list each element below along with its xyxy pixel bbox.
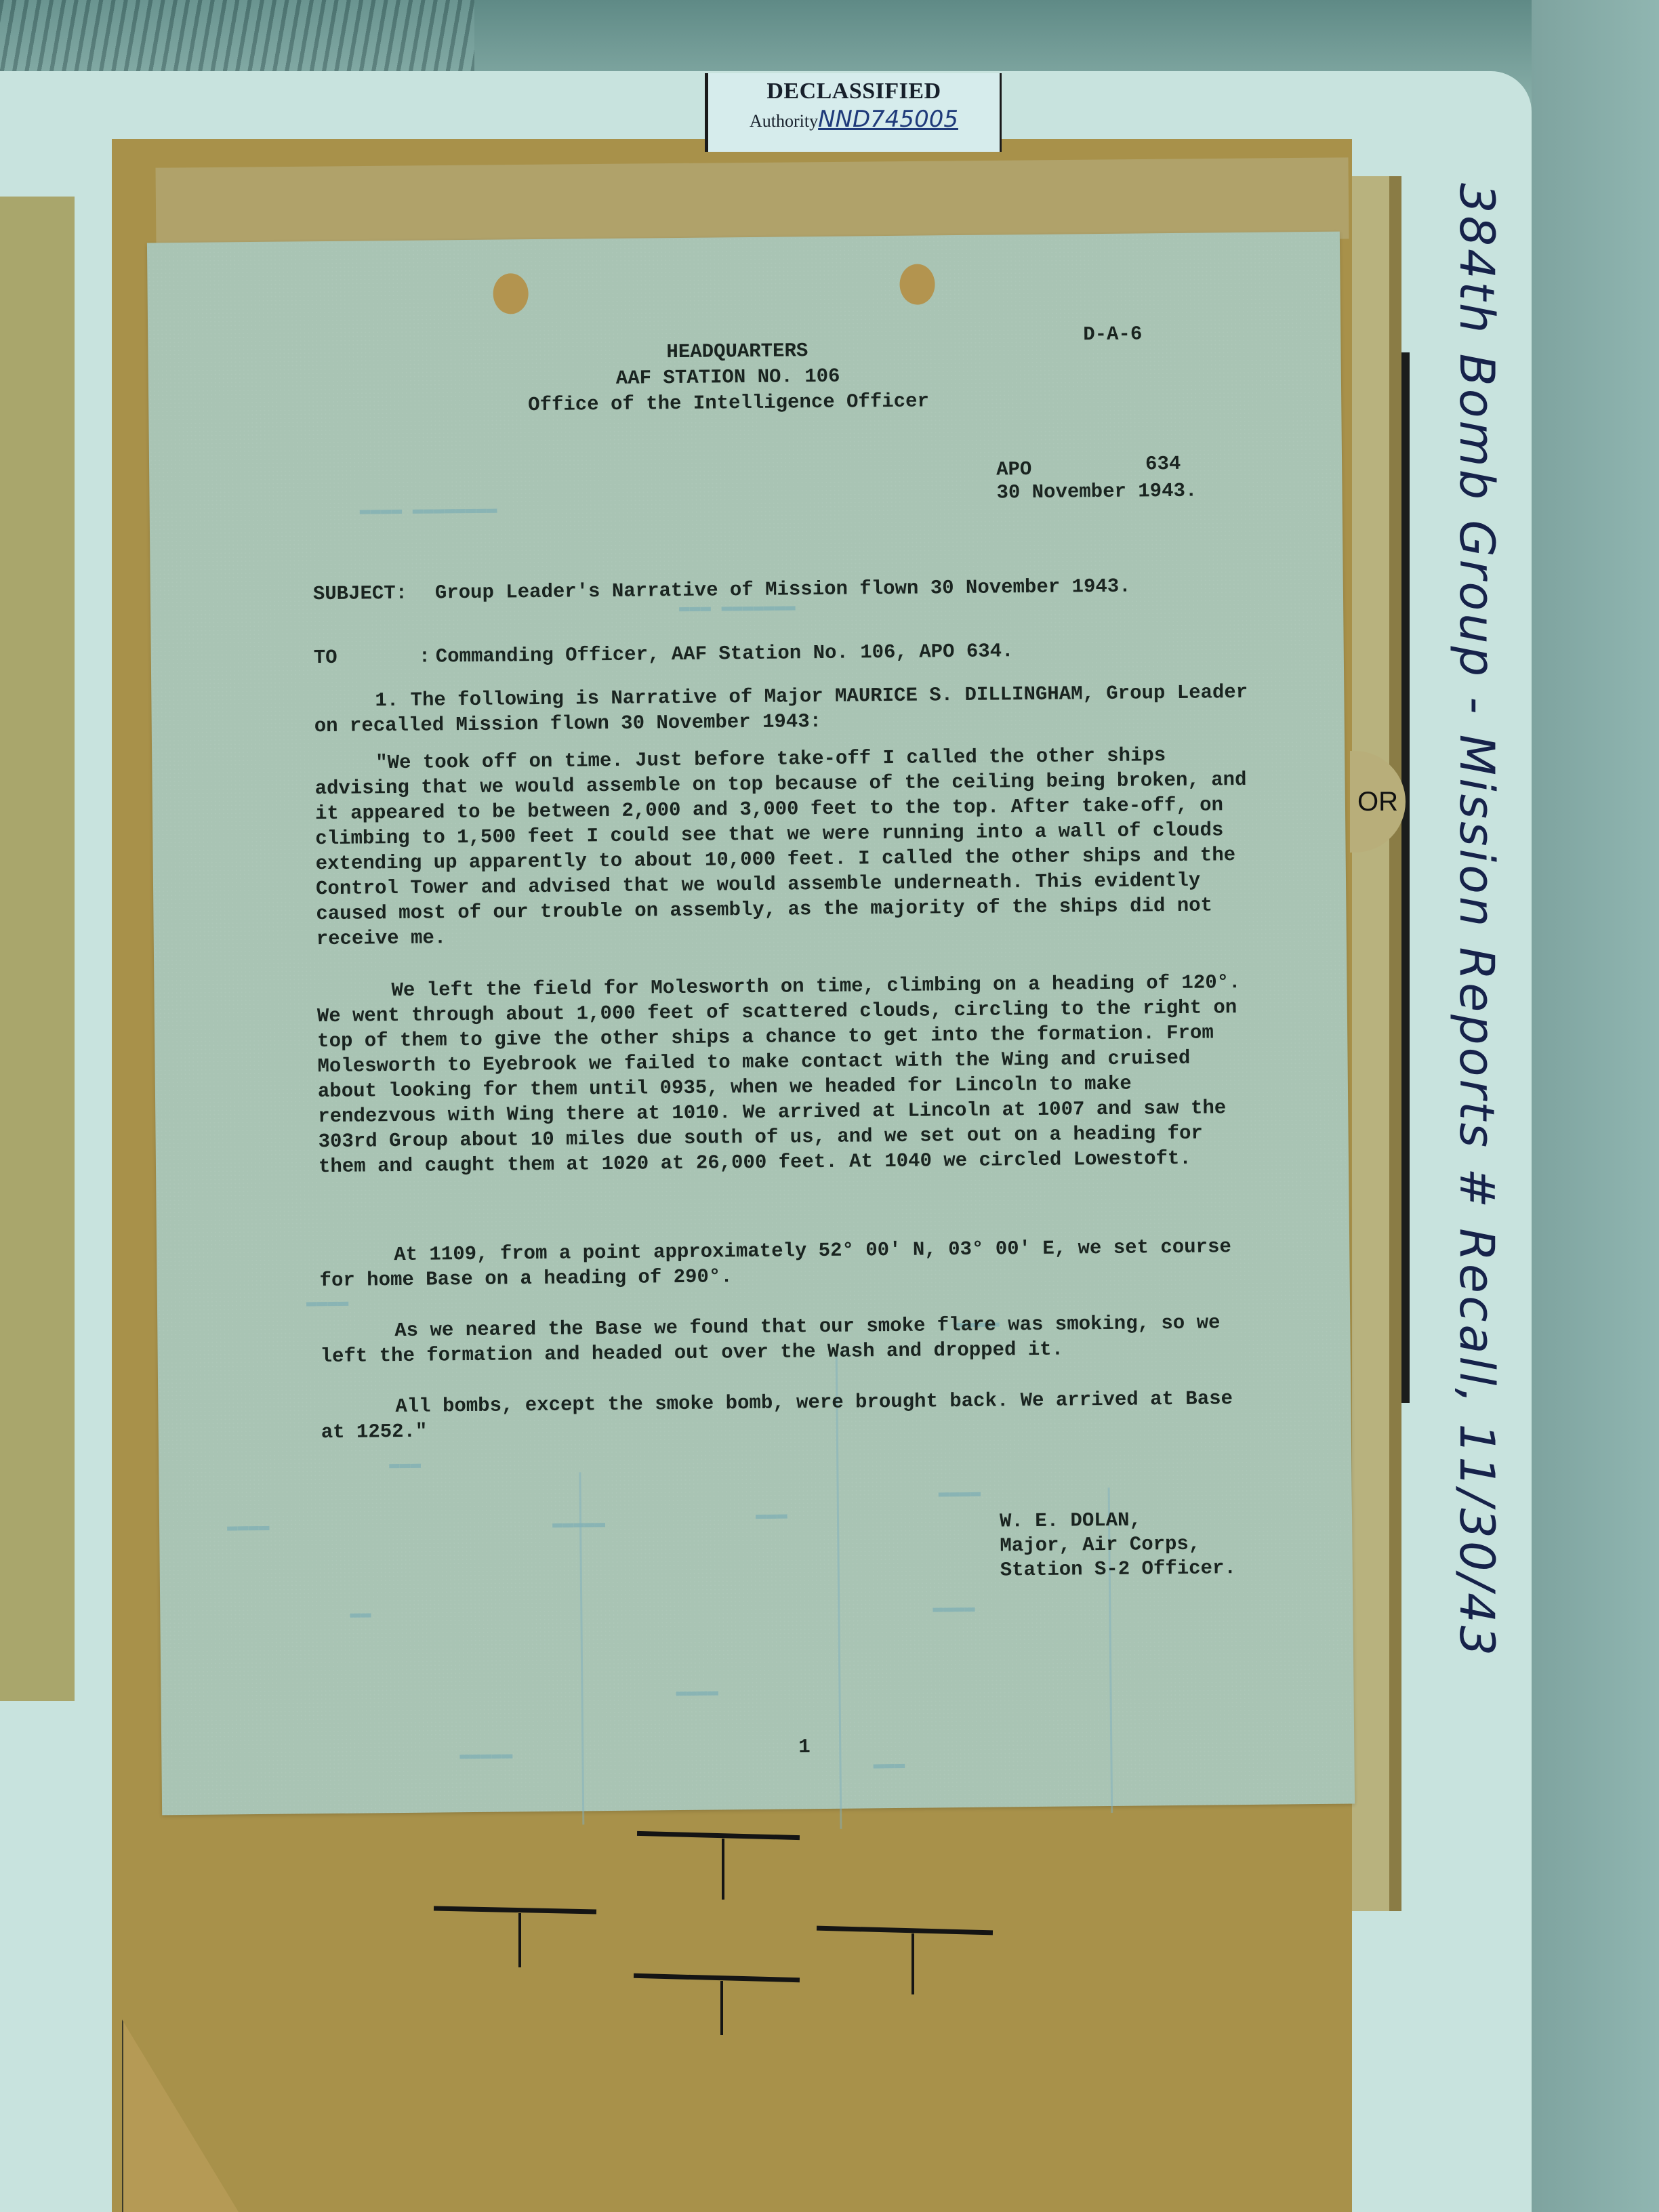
bleed-through-text: ▬▬▬: [389, 1454, 421, 1474]
to-text: Commanding Officer, AAF Station No. 106,…: [436, 638, 1014, 669]
page-number: 1: [798, 1734, 811, 1759]
narrative-paragraph-2: We left the field for Molesworth on time…: [316, 970, 1247, 1179]
apo-number: 634: [1145, 451, 1181, 476]
narrative-paragraph-5: All bombs, except the smoke bomb, were b…: [321, 1386, 1250, 1445]
file-code: D-A-6: [1083, 321, 1142, 347]
header-line-1: HEADQUARTERS: [666, 338, 808, 365]
to-label: TO: [314, 645, 337, 670]
punch-hole-right: [899, 264, 935, 304]
bleed-through-text: ▬▬▬▬ ▬▬▬▬▬▬▬▬: [360, 499, 497, 520]
bleed-through-text: ▬▬▬: [756, 1504, 787, 1525]
paragraph-1: 1. The following is Narrative of Major M…: [314, 680, 1250, 739]
bleed-through-text: ▬▬▬▬: [933, 1597, 975, 1618]
stacked-pages-shadow: [1389, 176, 1401, 1911]
background-right: [1532, 0, 1659, 2212]
stacked-pages-edge: [1352, 176, 1391, 1911]
document-date: 30 November 1943.: [996, 478, 1197, 506]
signature-name: W. E. DOLAN,: [1000, 1508, 1141, 1534]
divider-edge: [1401, 352, 1410, 1403]
header-line-2: AAF STATION NO. 106: [616, 364, 840, 391]
tab-label: OR: [1357, 787, 1398, 817]
bleed-through-text: ▬▬: [350, 1603, 371, 1623]
bleed-through-text: ▬▬▬▬: [306, 1292, 349, 1313]
bleed-through-text: ▬▬▬▬: [939, 1482, 981, 1503]
document-page: ▬▬▬▬ ▬▬▬▬▬▬▬▬ ▬▬▬ ▬▬▬▬▬▬▬ ▬▬▬▬ ▬▬▬▬ ▬▬▬ …: [147, 232, 1355, 1816]
bleed-through-text: ▬▬▬▬: [227, 1516, 270, 1537]
signature-rank: Major, Air Corps,: [1000, 1532, 1200, 1559]
apo-label: APO: [996, 457, 1032, 482]
header-line-3: Office of the Intelligence Officer: [528, 388, 929, 417]
bleed-through-text: ▬▬▬▬: [676, 1681, 718, 1702]
authority-value: NND745005: [818, 106, 958, 133]
signature-title: Station S-2 Officer.: [1000, 1555, 1236, 1582]
authority-label: Authority: [750, 111, 818, 131]
bleed-through-text: ▬▬▬: [873, 1754, 905, 1774]
narrative-paragraph-3: At 1109, from a point approximately 52° …: [319, 1234, 1248, 1293]
to-separator: :: [419, 644, 431, 670]
subject-label: SUBJECT:: [313, 581, 408, 607]
folder-left-strip: [0, 197, 75, 1701]
stamp-authority: AuthorityNND745005: [708, 106, 1000, 133]
subject-text: Group Leader's Narrative of Mission flow…: [435, 574, 1131, 606]
bleed-through-text: ▬▬▬▬▬: [459, 1744, 512, 1765]
narrative-paragraph-4: As we neared the Base we found that our …: [320, 1310, 1249, 1369]
stamp-title: DECLASSIFIED: [708, 79, 1000, 104]
handwritten-folder-label: 384th Bomb Group - Mission Reports # Rec…: [1423, 183, 1504, 1389]
declassified-stamp: DECLASSIFIED AuthorityNND745005: [705, 73, 1002, 152]
narrative-paragraph-1: "We took off on time. Just before take-o…: [314, 742, 1252, 951]
punch-hole-left: [493, 273, 529, 314]
